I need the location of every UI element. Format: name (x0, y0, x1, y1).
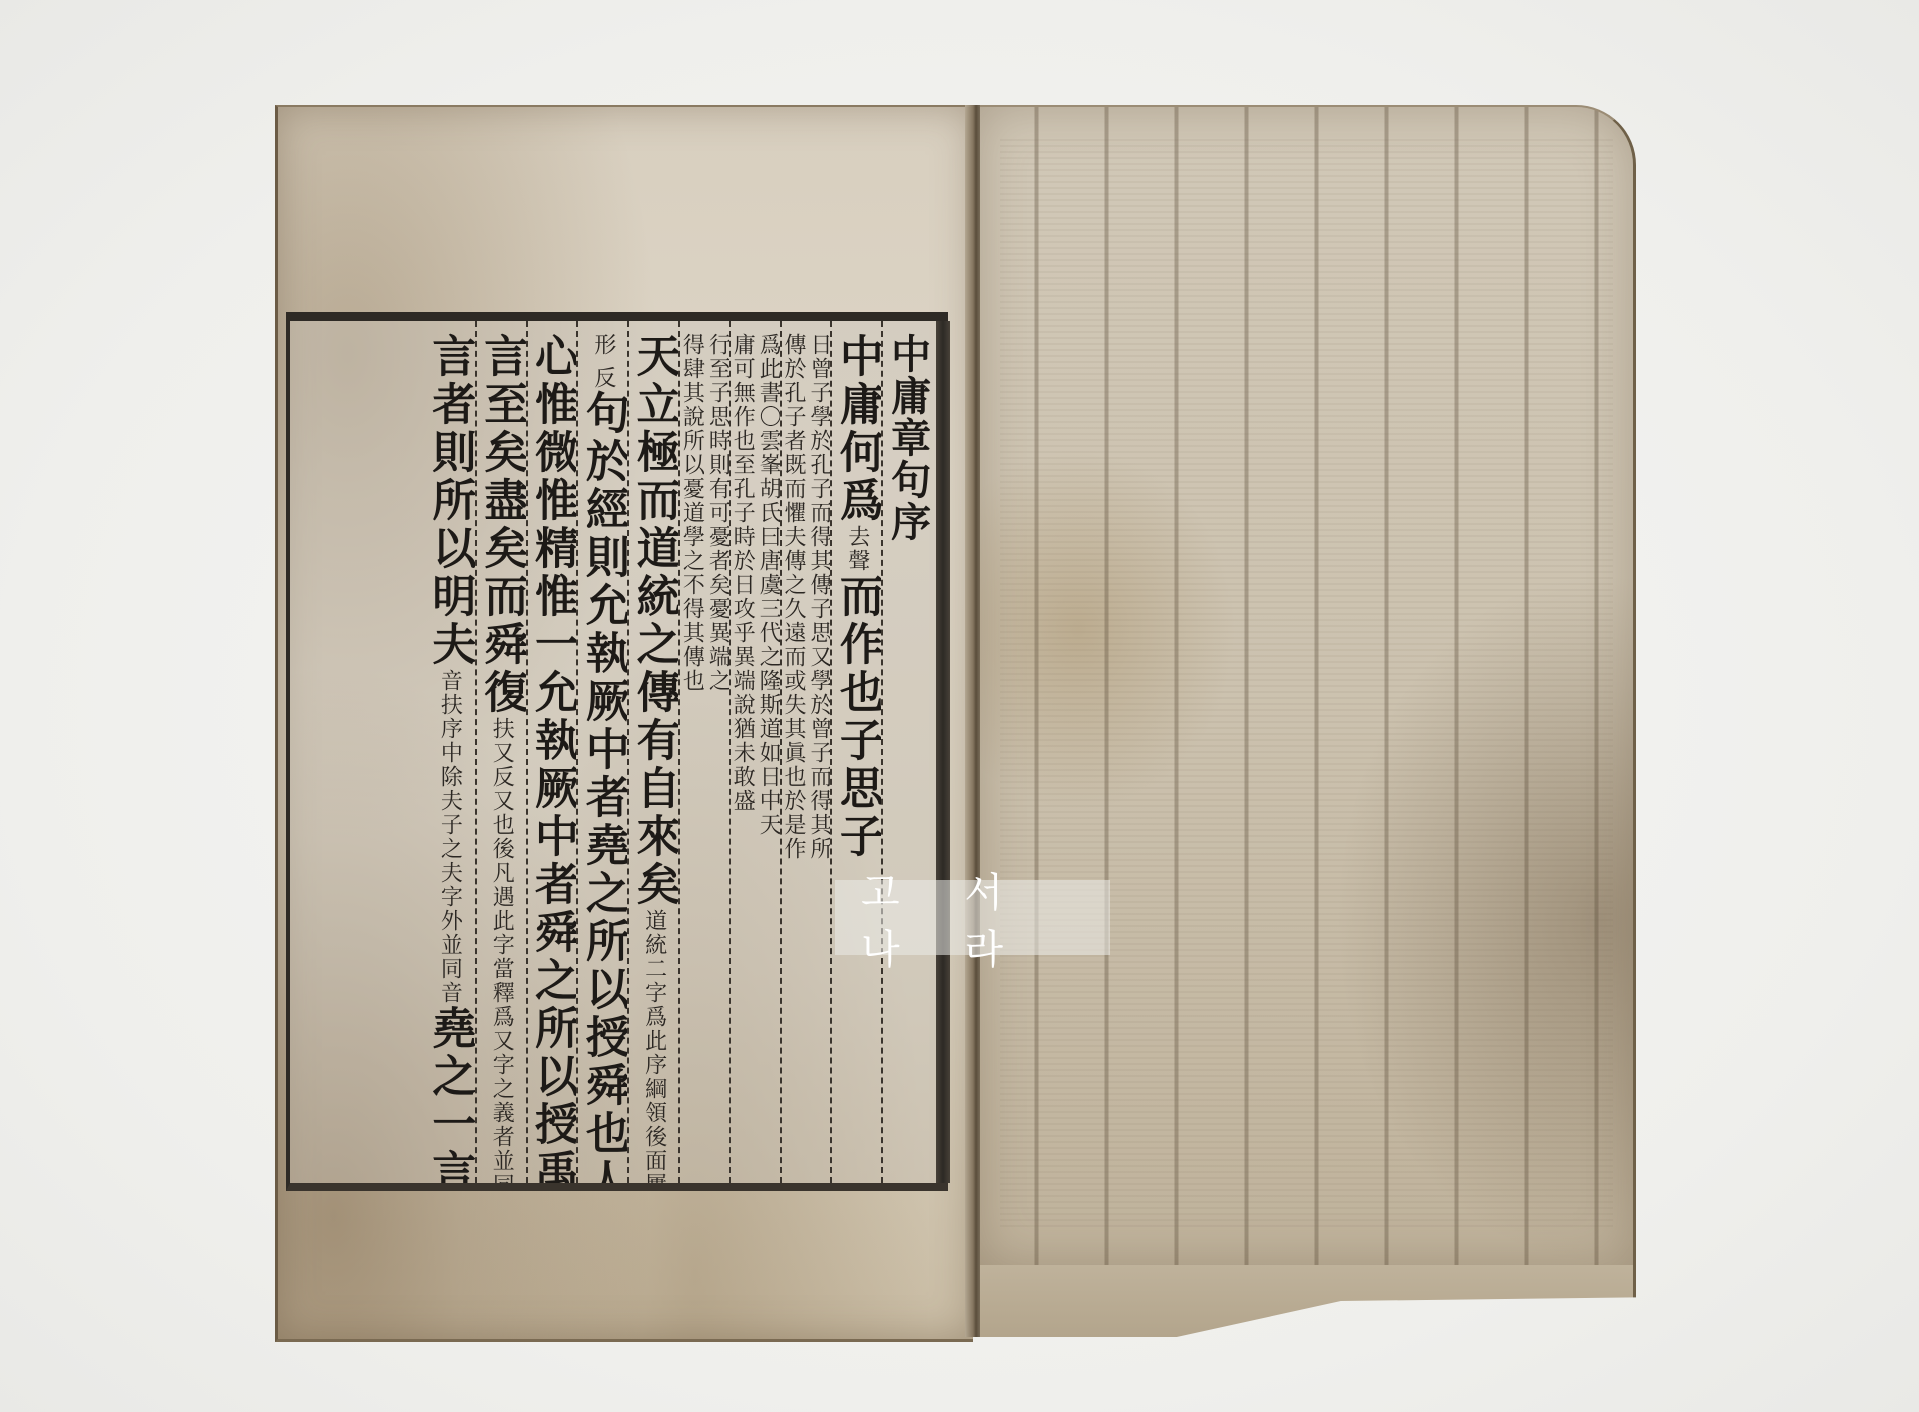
column-annotation: 去聲 (845, 525, 869, 573)
text-column-4: 行至子思時則有可憂者矣憂異端之 得肆其說所以憂道學之不得其傳也 (678, 321, 729, 1183)
column-main-text: 而作也子思子 (832, 573, 881, 861)
column-annotation: 音扶序中除夫子之夫字外並同音 (437, 669, 461, 1005)
text-column-3: 爲此書〇雲峯胡氏曰唐虞三代之隆斯道如日中天 庸可無作也至孔子時於日攻乎異端說猶未… (729, 321, 780, 1183)
text-column-8: 言至矣盡矣而舜復 扶又反又也後凡遇此字當釋爲又字之義者並同 益之以三 (475, 321, 526, 1183)
column-annotation: 道統二字爲此序綱領後面屢提起照應甚見 (642, 909, 666, 1183)
column-annotation-left: 得肆其說所以憂道學之不得其傳也 (679, 333, 703, 693)
text-columns: 中庸章句序 中庸何爲 去聲 而作也子思子 日曾子學於孔子而得其傳子思又學於曾子而… (290, 321, 932, 1183)
column-main-text: 言至矣盡矣而舜復 (476, 333, 525, 717)
column-annotation: 形 反 (591, 333, 615, 390)
column-annotation-right: 行至子思時則有可憂者矣憂異端之 (705, 333, 728, 693)
column-annotation-left: 庸可無作也至孔子時於日攻乎異端說猶未敢盛 (730, 333, 754, 837)
column-annotation-right: 爲此書〇雲峯胡氏曰唐虞三代之隆斯道如日中天 (756, 333, 779, 837)
right-page-blank (980, 105, 1636, 1267)
right-page-torn-edge (980, 1265, 1636, 1337)
text-column-2: 日曾子學於孔子而得其傳子思又學於曾子而得其所 傳於孔子者既而懼夫傳之久遠而或失其… (780, 321, 831, 1183)
column-main-text: 中庸何爲 (832, 333, 881, 525)
left-page: 中庸章句序 中庸何爲 去聲 而作也子思子 日曾子學於孔子而得其傳子思又學於曾子而… (275, 105, 973, 1342)
column-annotation-left: 傳於孔子者既而懼夫傳之久遠而或失其眞也於是作 (781, 333, 805, 861)
book-title: 中庸章句序 (883, 333, 932, 543)
open-book: 中庸章句序 中庸何爲 去聲 而作也子思子 日曾子學於孔子而得其傳子思又學於曾子而… (275, 105, 1633, 1337)
text-column-5: 天立極而道統之傳有自來矣 道統二字爲此序綱領後面屢提起照應甚見 (627, 321, 678, 1183)
column-main-text: 堯之一言必如是 (424, 1005, 474, 1183)
watermark: 고 서 나 라 (835, 880, 1110, 955)
printed-text-frame: 中庸章句序 中庸何爲 去聲 而作也子思子 日曾子學於孔子而得其傳子思又學於曾子而… (286, 312, 948, 1191)
column-main-text: 心惟微惟精惟一允執厥中者舜之所以授禹也堯之一 (527, 333, 576, 1183)
watermark-text: 고 서 나 라 (835, 861, 1110, 975)
frame-border-right (936, 321, 950, 1183)
text-column-7: 心惟微惟精惟一允執厥中者舜之所以授禹也堯之一 (526, 321, 577, 1183)
column-main-text: 天立極而道統之傳有自來矣 (629, 333, 678, 909)
text-column-9: 言者則所以明夫 音扶序中除夫子之夫字外並同音 堯之一言必如是 (424, 321, 475, 1183)
column-annotation: 扶又反又也後凡遇此字當釋爲又字之義者並同 (489, 717, 513, 1183)
title-column: 中庸章句序 (881, 321, 932, 1183)
text-column-1: 中庸何爲 去聲 而作也子思子 (830, 321, 881, 1183)
column-main-text: 句於經則允執厥中者堯之所以授舜也人心惟危道 (578, 390, 627, 1183)
show-through-texture (1000, 137, 1613, 1227)
text-column-6: 形 反 句於經則允執厥中者堯之所以授舜也人心惟危道 (576, 321, 627, 1183)
column-annotation-right: 日曾子學於孔子而得其傳子思又學於曾子而得其所 (807, 333, 830, 861)
column-main-text: 言者則所以明夫 (424, 333, 474, 669)
